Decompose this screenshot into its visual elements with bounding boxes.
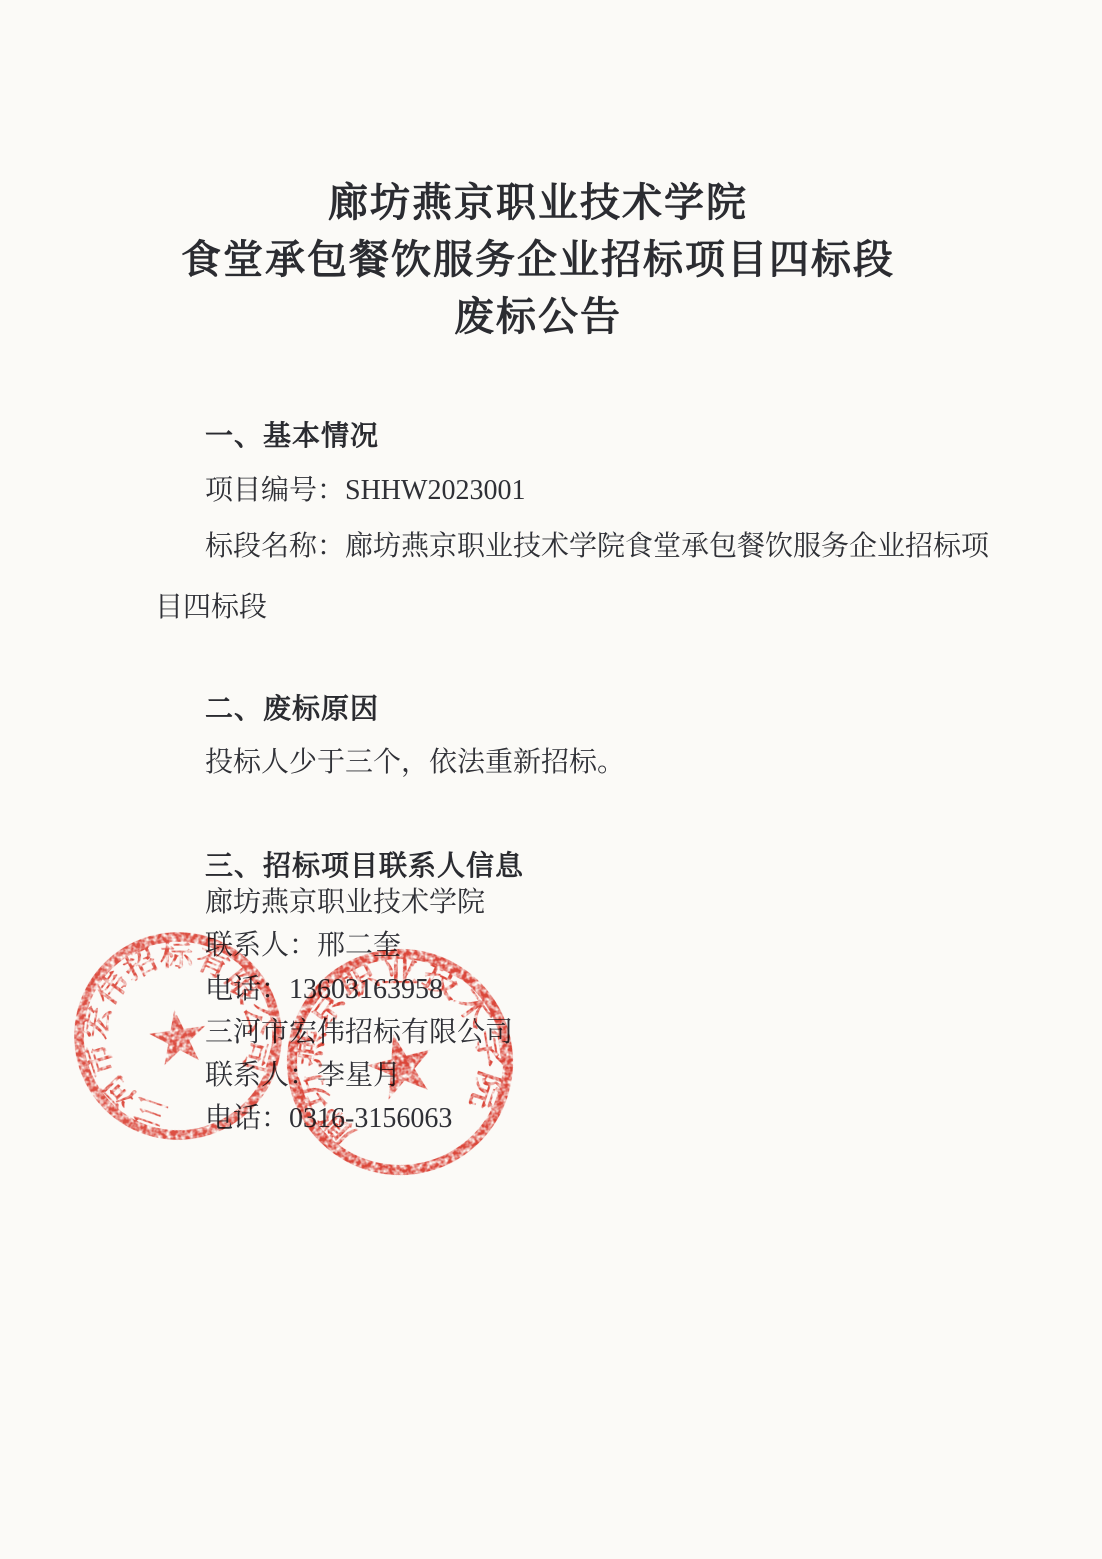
lot-name-line-2: 目四标段 [155, 592, 267, 624]
document-title: 廊坊燕京职业技术学院 食堂承包餐饮服务企业招标项目四标段 废标公告 [0, 174, 1076, 345]
tenderer-phone-line: 电话：13603163958 [205, 974, 443, 1006]
tenderer-contact-line: 联系人：邢二奎 [205, 930, 401, 962]
agency-contact-line: 联系人：李星月 [205, 1060, 401, 1092]
agency-name-line: 三河市宏伟招标有限公司 [205, 1017, 513, 1049]
project-number-line: 项目编号：SHHW2023001 [205, 475, 525, 507]
title-line-2: 食堂承包餐饮服务企业招标项目四标段 [0, 231, 1076, 288]
tenderer-name-line: 廊坊燕京职业技术学院 [205, 887, 485, 919]
rebid-reason-line: 投标人少于三个，依法重新招标。 [205, 747, 625, 779]
title-line-1: 廊坊燕京职业技术学院 [0, 174, 1076, 231]
section-2-heading: 二、废标原因 [205, 693, 379, 725]
title-line-3: 废标公告 [0, 288, 1076, 345]
section-1-heading: 一、基本情况 [205, 420, 379, 452]
document-page: 廊坊燕京职业技术学院 食堂承包餐饮服务企业招标项目四标段 废标公告 一、基本情况… [0, 0, 1102, 1559]
section-3-heading: 三、招标项目联系人信息 [205, 850, 524, 882]
agency-phone-line: 电话：0316-3156063 [205, 1103, 452, 1135]
agency-seal-star-icon [147, 1006, 210, 1067]
lot-name-line-1: 标段名称：廊坊燕京职业技术学院食堂承包餐饮服务企业招标项 [205, 531, 989, 563]
